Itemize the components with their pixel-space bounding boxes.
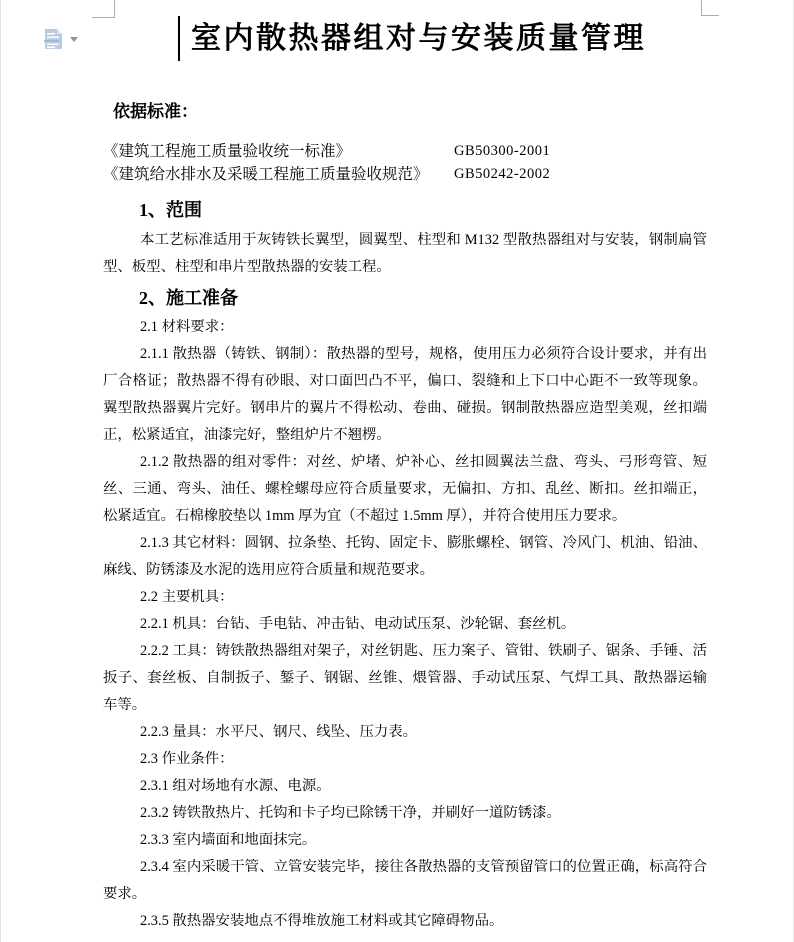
paragraph: 2.2.2 工具：铸铁散热器组对架子，对丝钥匙、压力案子、管钳、铁刷子、锯条、手…: [103, 638, 707, 719]
paragraph: 2.3 作业条件：: [103, 746, 707, 773]
paragraph: 2.1.1 散热器（铸铁、钢制）：散热器的型号，规格，使用压力必须符合设计要求，…: [103, 341, 707, 449]
standards-heading: 依据标准：: [113, 101, 707, 123]
standard-name: 《建筑工程施工质量验收统一标准》: [103, 143, 351, 160]
paragraph: 2.1 材料要求：: [103, 314, 707, 341]
standard-item: 《建筑给水排水及采暖工程施工质量验收规范》 GB50242-2002: [103, 163, 707, 186]
paragraph: 2.1.2 散热器的组对零件：对丝、炉堵、炉补心、丝扣圆翼法兰盘、弯头、弓形弯管…: [103, 449, 707, 530]
paragraph: 2.3.2 铸铁散热片、托钩和卡子均已除锈干净，并刷好一道防锈漆。: [103, 800, 707, 827]
paragraph: 2.2.1 机具：台钻、手电钻、冲击钻、电动试压泵、沙轮锯、套丝机。: [103, 611, 707, 638]
chevron-down-icon[interactable]: [70, 37, 78, 42]
document-selector-control[interactable]: [44, 28, 78, 50]
section-heading-preparation: 2、施工准备: [139, 286, 707, 310]
paragraph: 2.3.5 散热器安装地点不得堆放施工材料或其它障碍物品。: [103, 908, 707, 935]
paragraph: 2.2.3 量具：水平尺、钢尺、线坠、压力表。: [103, 719, 707, 746]
paragraph: 2.1.3 其它材料：圆钢、拉条垫、托钩、固定卡、膨胀螺栓、钢管、冷风门、机油、…: [103, 530, 707, 584]
paragraph: 2.2 主要机具：: [103, 584, 707, 611]
paragraph: 2.3.3 室内墙面和地面抹完。: [103, 827, 707, 854]
document-body: 依据标准： 《建筑工程施工质量验收统一标准》 GB50300-2001 《建筑给…: [103, 0, 707, 935]
standard-code: GB50300-2001: [454, 140, 550, 163]
paragraph: 本工艺标准适用于灰铸铁长翼型，圆翼型、柱型和 M132 型散热器组对与安装，钢制…: [103, 227, 707, 281]
paragraph: 2.3.1 组对场地有水源、电源。: [103, 773, 707, 800]
section-heading-scope: 1、范围: [139, 198, 707, 222]
standard-item: 《建筑工程施工质量验收统一标准》 GB50300-2001: [103, 140, 707, 163]
standard-code: GB50242-2002: [454, 163, 550, 186]
paragraph: 2.3.4 室内采暖干管、立管安装完毕，接往各散热器的支管预留管口的位置正确，标…: [103, 854, 707, 908]
standard-name: 《建筑给水排水及采暖工程施工质量验收规范》: [103, 166, 429, 183]
